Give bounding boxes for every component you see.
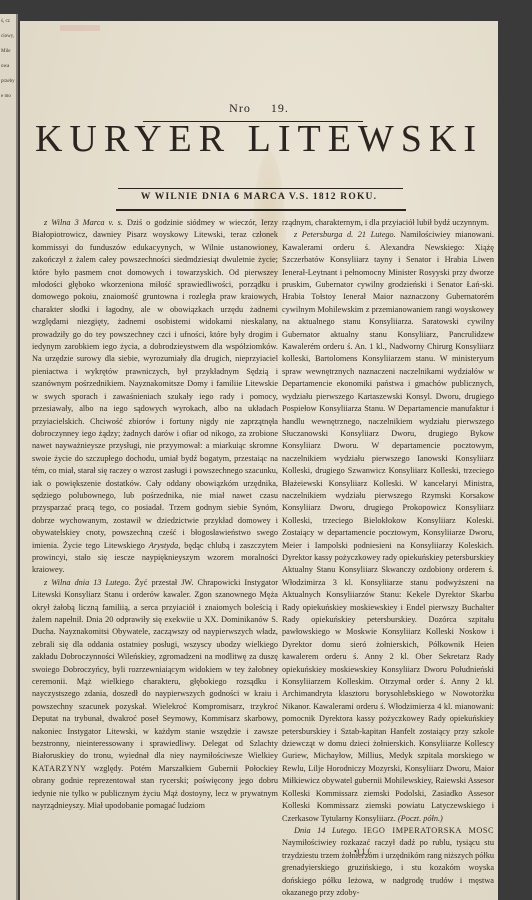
article-dateline: Dnia 14 Lutego. bbox=[294, 826, 364, 835]
article-body: Namiłościwiey mianowani. Kawalerami orde… bbox=[282, 230, 494, 822]
article-dateline: z Wilna 3 Marca v. s. bbox=[44, 218, 127, 227]
article-body: Żyć przestał JW. Chrapowicki Instygator … bbox=[32, 578, 278, 761]
article-continuation: rządnym, charakternym, i dla przyiaciół … bbox=[282, 217, 494, 229]
newspaper-title: KURYER LITEWSKI bbox=[20, 117, 498, 161]
adjacent-page-edge: ś, cz ciowy, Mile owa przeby e mo bbox=[0, 14, 18, 900]
page-folio: •) 1 ( bbox=[354, 847, 370, 856]
issue-number: Nro 19. bbox=[20, 101, 498, 116]
margin-fragment: Mile bbox=[0, 44, 16, 59]
article-caps-name: IEGO IMPERATORSKA MOSC bbox=[364, 826, 494, 835]
dateline-rule-top bbox=[118, 188, 403, 189]
article-petersburg-21-lutego: z Petersburga d. 21 Lutego. Namiłościwie… bbox=[282, 229, 494, 825]
article-dateline: z Wilna dnia 13 Lutego. bbox=[44, 578, 135, 587]
margin-fragment: ciowy, bbox=[0, 29, 16, 44]
article-source: (Poczt. półn.) bbox=[398, 814, 443, 823]
article-14-lutego: Dnia 14 Lutego. IEGO IMPERATORSKA MOSC N… bbox=[282, 825, 494, 899]
article-caps-name: KATARZYNY bbox=[32, 764, 94, 773]
article-body: Dziś o godzinie siódmey w wieczór, Ierzy… bbox=[32, 218, 278, 550]
article-italic-name: Arystyda, bbox=[149, 541, 184, 550]
dateline-rule-bottom bbox=[116, 209, 406, 211]
margin-fragment: e mo bbox=[0, 89, 16, 104]
article-wilno-3-marca: z Wilna 3 Marca v. s. Dziś o godzinie si… bbox=[32, 217, 278, 577]
article-body: Naymiłościwiey rozkazać raczył dadź po r… bbox=[282, 838, 494, 897]
library-stamp-trace bbox=[60, 25, 100, 31]
article-body: rządnym, charakternym, i dla przyiaciół … bbox=[282, 218, 489, 227]
article-wilno-13-lutego: z Wilna dnia 13 Lutego. Żyć przestał JW.… bbox=[32, 577, 278, 813]
margin-fragment: owa bbox=[0, 59, 16, 74]
issue-number-value: 19. bbox=[271, 101, 289, 115]
newspaper-page: Nro 19. KURYER LITEWSKI W WILNIE DNIA 6 … bbox=[20, 21, 498, 900]
margin-fragment: przeby bbox=[0, 74, 16, 89]
left-column: z Wilna 3 Marca v. s. Dziś o godzinie si… bbox=[32, 217, 278, 813]
issue-dateline: W WILNIE DNIA 6 MARCA V.S. 1812 ROKU. bbox=[20, 192, 498, 202]
right-column: rządnym, charakternym, i dla przyiaciół … bbox=[282, 217, 494, 899]
article-dateline: z Petersburga d. 21 Lutego. bbox=[294, 230, 400, 239]
issue-number-prefix: Nro bbox=[229, 101, 251, 115]
margin-fragment: ś, cz bbox=[0, 14, 16, 29]
